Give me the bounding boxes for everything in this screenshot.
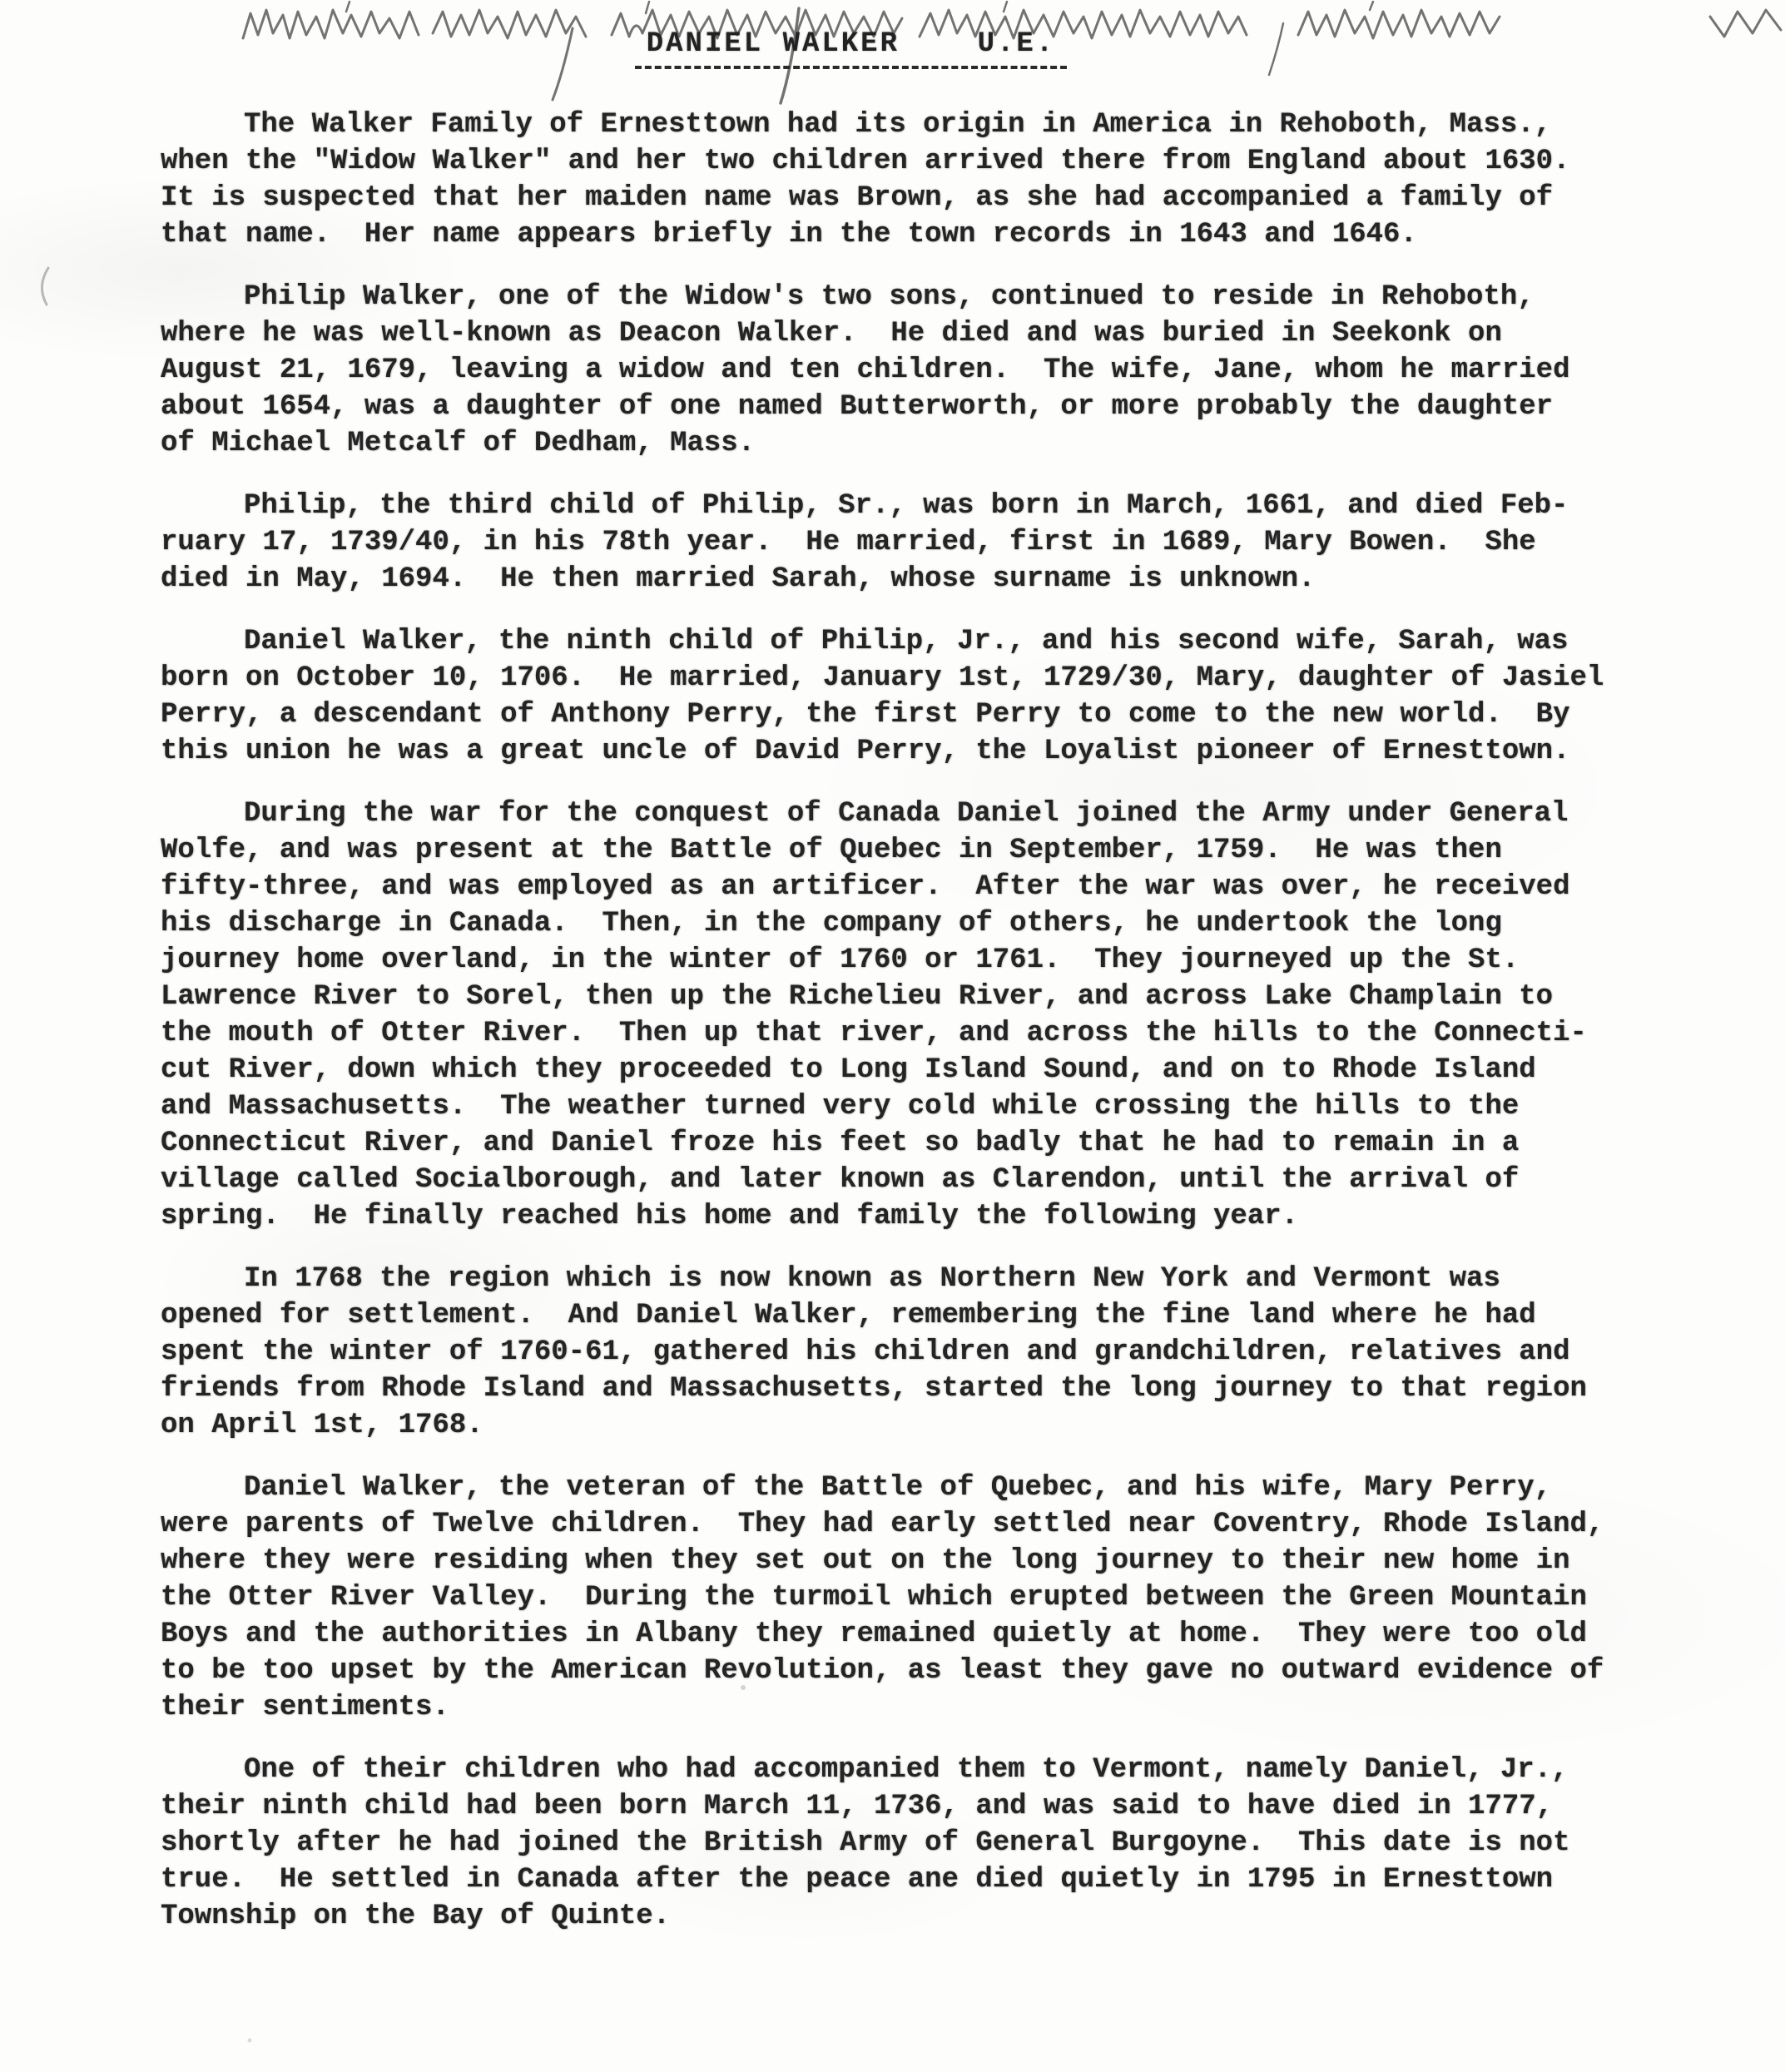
paragraph-walker-family-origin: The Walker Family of Ernesttown had its … [161, 107, 1671, 253]
page-title: DANIEL WALKER U.E. [635, 28, 1067, 69]
paragraph-daniel-jr: One of their children who had accompanie… [161, 1752, 1671, 1935]
paragraph-daniel-walker-birth: Daniel Walker, the ninth child of Philip… [161, 623, 1671, 770]
paragraph-1768-settlement: In 1768 the region which is now known as… [161, 1261, 1671, 1444]
document-body: The Walker Family of Ernesttown had its … [161, 107, 1671, 1960]
paragraph-philip-third-child: Philip, the third child of Philip, Sr., … [161, 488, 1671, 597]
title-block: DANIEL WALKER U.E. [0, 28, 1702, 69]
paragraph-conquest-of-canada: During the war for the conquest of Canad… [161, 796, 1671, 1235]
paragraph-philip-walker-deacon: Philip Walker, one of the Widow's two so… [161, 279, 1671, 462]
scanned-document-page: DANIEL WALKER U.E. The Walker Family of … [0, 0, 1785, 2072]
paragraph-twelve-children: Daniel Walker, the veteran of the Battle… [161, 1470, 1671, 1726]
